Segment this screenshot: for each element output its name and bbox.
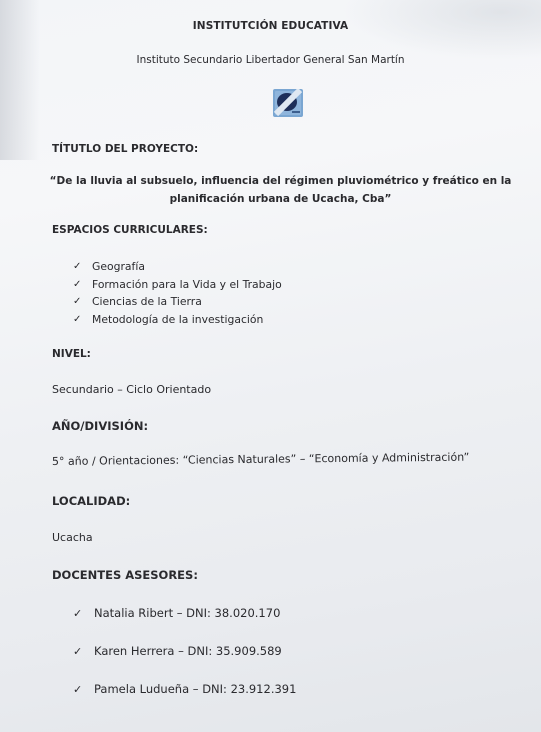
list-item: ✓Pamela Ludueña – DNI: 23.912.391	[73, 671, 296, 707]
list-item: ✓Ciencias de la Tierra	[73, 293, 282, 311]
institution-label: INSTITUTCIÓN EDUCATIVA	[0, 20, 541, 32]
list-item: ✓Geografía	[73, 258, 282, 276]
check-icon: ✓	[73, 293, 92, 311]
curricular-label: ESPACIOS CURRICULARES:	[52, 224, 208, 236]
docentes-label: DOCENTES ASESORES:	[52, 568, 198, 582]
project-title: “De la lluvia al subsuelo, influencia de…	[40, 172, 521, 208]
list-item: ✓Natalia Ribert – DNI: 38.020.170	[73, 595, 296, 631]
list-item: ✓Karen Herrera – DNI: 35.909.589	[73, 633, 296, 669]
institution-name: Instituto Secundario Libertador General …	[0, 54, 541, 66]
check-icon: ✓	[73, 645, 94, 658]
document-page: INSTITUTCIÓN EDUCATIVA Instituto Secunda…	[0, 0, 541, 732]
curricular-list: ✓Geografía ✓Formación para la Vida y el …	[73, 258, 282, 328]
nivel-value: Secundario – Ciclo Orientado	[52, 383, 211, 396]
check-icon: ✓	[73, 276, 92, 294]
anio-division-value: 5° año / Orientaciones: “Ciencias Natura…	[52, 451, 469, 468]
localidad-label: LOCALIDAD:	[52, 494, 130, 508]
check-icon: ✓	[73, 311, 92, 329]
school-shield-logo-icon	[273, 89, 303, 117]
list-item: ✓Formación para la Vida y el Trabajo	[73, 276, 282, 294]
check-icon: ✓	[73, 258, 92, 276]
list-item: ✓Metodología de la investigación	[73, 311, 282, 329]
check-icon: ✓	[73, 683, 94, 696]
nivel-label: NIVEL:	[52, 348, 91, 360]
localidad-value: Ucacha	[52, 531, 93, 544]
anio-division-label: AÑO/DIVISIÓN:	[52, 419, 148, 433]
check-icon: ✓	[73, 607, 94, 620]
docentes-list: ✓Natalia Ribert – DNI: 38.020.170 ✓Karen…	[73, 595, 296, 707]
project-title-label: TÍTUTLO DEL PROYECTO:	[52, 143, 198, 155]
